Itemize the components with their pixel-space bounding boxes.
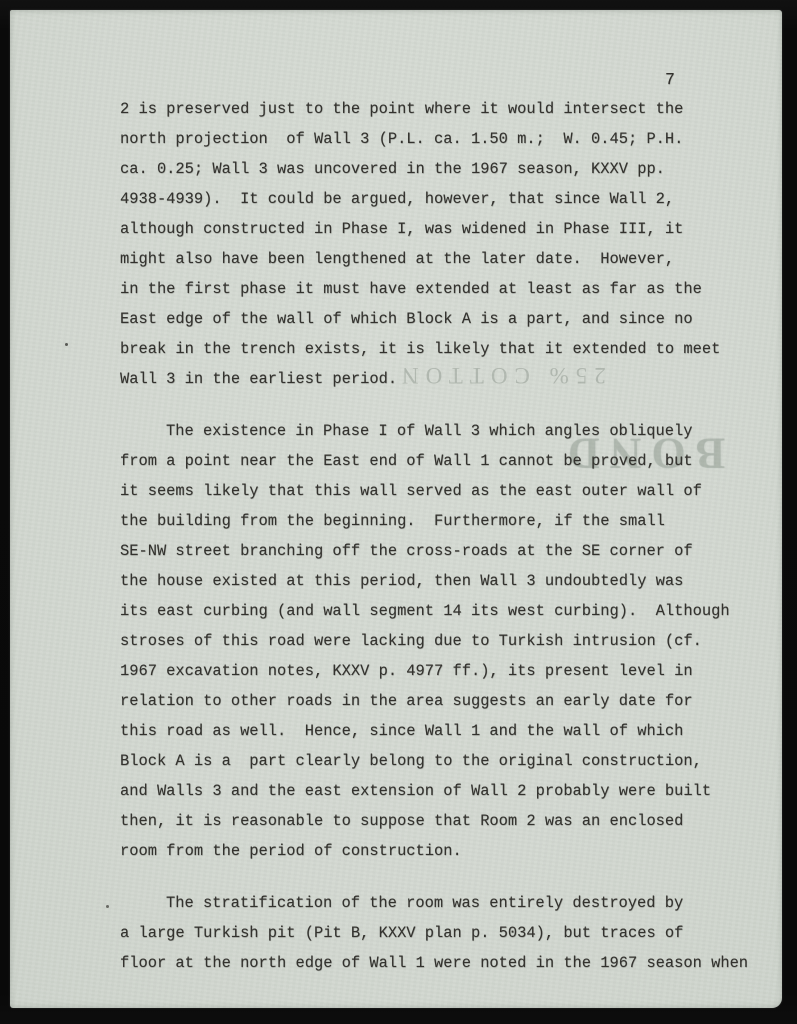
scan-background: 25% COTTON BOND 7 2 is preserved just to… bbox=[0, 0, 797, 1024]
document-page: 25% COTTON BOND 7 2 is preserved just to… bbox=[10, 10, 782, 1008]
text-line: then, it is reasonable to suppose that R… bbox=[120, 806, 760, 836]
typed-text-body: 2 is preserved just to the point where i… bbox=[120, 94, 760, 978]
paragraph: The stratification of the room was entir… bbox=[120, 888, 760, 978]
paragraph: 2 is preserved just to the point where i… bbox=[120, 94, 760, 394]
text-line: this road as well. Hence, since Wall 1 a… bbox=[120, 716, 760, 746]
text-line: although constructed in Phase I, was wid… bbox=[120, 214, 760, 244]
text-line: might also have been lengthened at the l… bbox=[120, 244, 760, 274]
text-line: the house existed at this period, then W… bbox=[120, 566, 760, 596]
text-line: from a point near the East end of Wall 1… bbox=[120, 446, 760, 476]
text-line: a large Turkish pit (Pit B, KXXV plan p.… bbox=[120, 918, 760, 948]
text-line: room from the period of construction. bbox=[120, 836, 760, 866]
page-number: 7 bbox=[665, 65, 675, 95]
text-line: 4938-4939). It could be argued, however,… bbox=[120, 184, 760, 214]
text-line: Block A is a part clearly belong to the … bbox=[120, 746, 760, 776]
paragraph: The existence in Phase I of Wall 3 which… bbox=[120, 416, 760, 866]
ink-speck bbox=[106, 905, 109, 908]
ink-speck bbox=[65, 343, 68, 346]
text-line: The existence in Phase I of Wall 3 which… bbox=[120, 416, 760, 446]
text-line: 1967 excavation notes, KXXV p. 4977 ff.)… bbox=[120, 656, 760, 686]
text-line: in the first phase it must have extended… bbox=[120, 274, 760, 304]
text-line: and Walls 3 and the east extension of Wa… bbox=[120, 776, 760, 806]
text-line: break in the trench exists, it is likely… bbox=[120, 334, 760, 364]
text-line: its east curbing (and wall segment 14 it… bbox=[120, 596, 760, 626]
text-line: the building from the beginning. Further… bbox=[120, 506, 760, 536]
text-line: Wall 3 in the earliest period. bbox=[120, 364, 760, 394]
text-line: 2 is preserved just to the point where i… bbox=[120, 94, 760, 124]
text-line: SE-NW street branching off the cross-roa… bbox=[120, 536, 760, 566]
text-line: East edge of the wall of which Block A i… bbox=[120, 304, 760, 334]
text-line: relation to other roads in the area sugg… bbox=[120, 686, 760, 716]
text-line: north projection of Wall 3 (P.L. ca. 1.5… bbox=[120, 124, 760, 154]
text-line: floor at the north edge of Wall 1 were n… bbox=[120, 948, 760, 978]
text-line: stroses of this road were lacking due to… bbox=[120, 626, 760, 656]
text-line: The stratification of the room was entir… bbox=[120, 888, 760, 918]
text-line: it seems likely that this wall served as… bbox=[120, 476, 760, 506]
text-line: ca. 0.25; Wall 3 was uncovered in the 19… bbox=[120, 154, 760, 184]
